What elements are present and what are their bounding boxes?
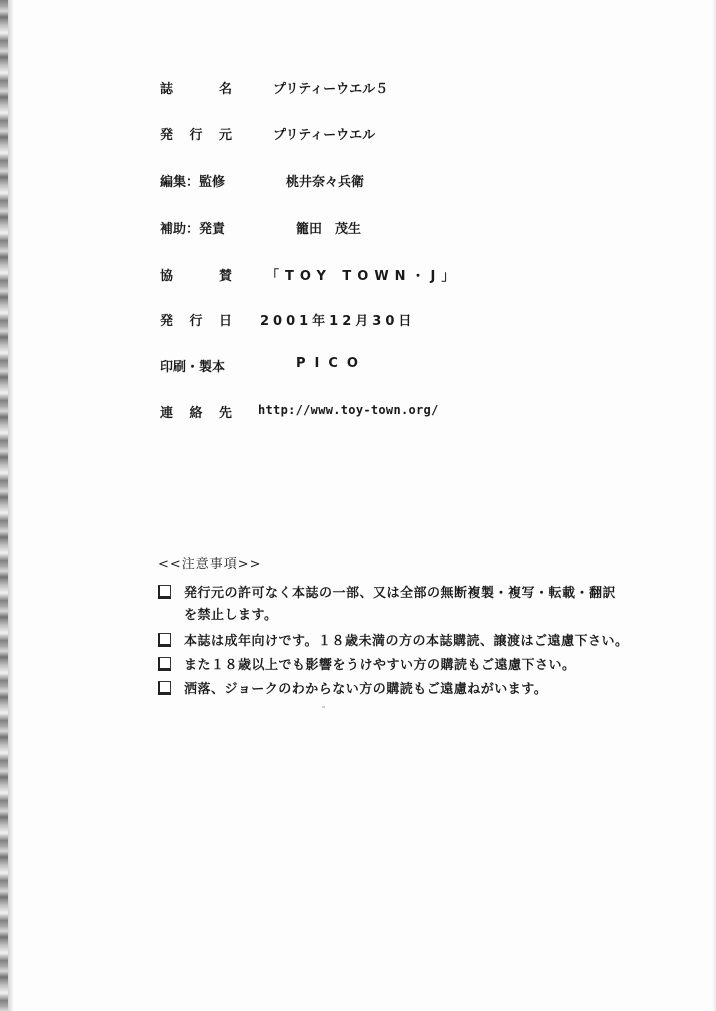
label-char: 賛 <box>219 265 232 284</box>
publisher-value: プリティーウエル <box>273 124 375 143</box>
notice-title: <<注意事項>> <box>158 553 262 572</box>
scan-edge-right <box>712 0 716 1011</box>
checkbox-icon <box>158 585 171 599</box>
row-label: 誌 名 <box>160 78 232 97</box>
editor-value: 桃井奈々兵衛 <box>286 171 364 190</box>
magazine-title-value: プリティーウエル５ <box>273 78 388 97</box>
notice-item-text: また１８歳以上でも影響をうけやすい方の購読もご遠慮下さい。 <box>184 654 576 673</box>
notice-item-text: 発行元の許可なく本誌の一部、又は全部の無断複製・複写・転載・翻訳 <box>184 582 616 601</box>
label-char: 先 <box>219 402 232 421</box>
row-label: 協 賛 <box>160 265 232 284</box>
assistant-value: 籠田 茂生 <box>296 218 361 237</box>
scan-speck <box>322 706 325 708</box>
row-label: 発 行 日 <box>160 310 232 329</box>
label-text: 編集：監修 <box>160 171 225 190</box>
label-char: 発 <box>160 310 173 329</box>
checkbox-icon <box>158 657 171 671</box>
row-label: 連 絡 先 <box>160 402 232 421</box>
label-char: 絡 <box>189 402 202 421</box>
label-text: 印刷・製本 <box>160 356 225 375</box>
label-char: 連 <box>160 402 173 421</box>
row-label: 印刷・製本 <box>160 356 232 375</box>
scan-edge-left <box>0 0 8 1011</box>
printer-value: PICO <box>296 356 367 371</box>
row-label: 補助：発責 <box>160 218 232 237</box>
notice-item-text: 洒落、ジョークのわからない方の購読もご遠慮ねがいます。 <box>184 678 547 697</box>
label-char: 元 <box>219 124 232 143</box>
label-char: 日 <box>219 310 232 329</box>
checkbox-icon <box>158 633 171 647</box>
label-char: 行 <box>189 310 202 329</box>
notice-item-continuation: を禁止します。 <box>184 604 277 623</box>
label-char: 発 <box>160 124 173 143</box>
label-char: 名 <box>219 78 232 97</box>
label-char: 誌 <box>160 78 173 97</box>
label-char: 行 <box>189 124 202 143</box>
scan-shadow-left <box>8 0 14 1011</box>
contact-url: http://www.toy-town.org/ <box>258 403 439 417</box>
label-char: 協 <box>160 265 173 284</box>
row-label: 発 行 元 <box>160 124 232 143</box>
row-label: 編集：監修 <box>160 171 232 190</box>
label-text: 補助：発責 <box>160 218 225 237</box>
notice-item-text: 本誌は成年向けです。１８歳未満の方の本誌購読、譲渡はご遠慮下さい。 <box>184 630 628 649</box>
sponsor-value: 「TOY TOWN・J」 <box>266 265 460 284</box>
publication-date-value: 2001年12月30日 <box>260 310 415 329</box>
checkbox-icon <box>158 681 171 695</box>
